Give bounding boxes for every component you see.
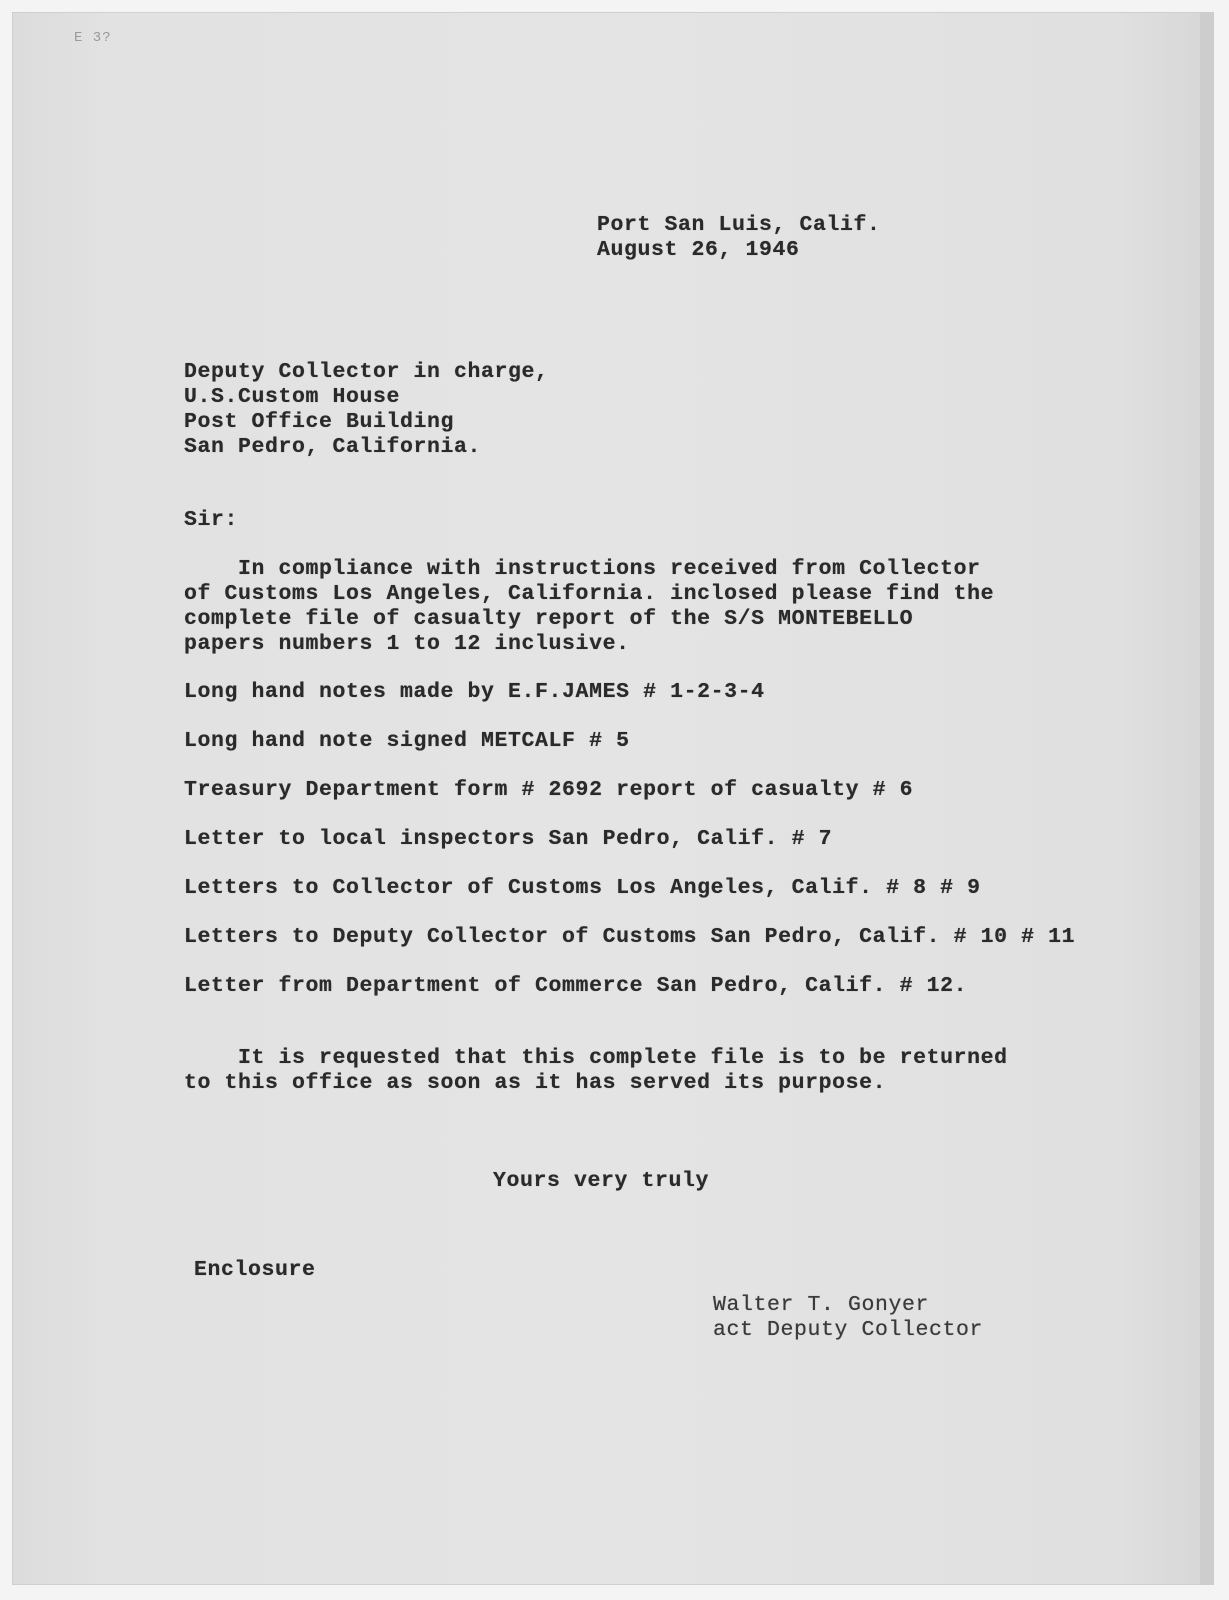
enclosure-item: Letter to local inspectors San Pedro, Ca… <box>184 827 832 851</box>
closing: Yours very truly <box>493 1169 709 1193</box>
enclosure-item: Treasury Department form # 2692 report o… <box>184 778 913 802</box>
recipient-line: Deputy Collector in charge, <box>184 360 549 384</box>
paragraph-line: to this office as soon as it has served … <box>184 1071 886 1095</box>
paragraph-line: In compliance with instructions received… <box>184 557 981 581</box>
salutation: Sir: <box>184 508 238 532</box>
heading-date: August 26, 1946 <box>597 238 800 262</box>
enclosure-item: Letters to Deputy Collector of Customs S… <box>184 925 1075 949</box>
recipient-line: Post Office Building <box>184 410 454 434</box>
recipient-line: U.S.Custom House <box>184 385 400 409</box>
paragraph-line: It is requested that this complete file … <box>184 1046 1008 1070</box>
enclosure-item: Long hand note signed METCALF # 5 <box>184 729 630 753</box>
signature-title: act Deputy Collector <box>713 1318 983 1342</box>
enclosure-item: Long hand notes made by E.F.JAMES # 1-2-… <box>184 680 765 704</box>
corner-archival-mark: E 3? <box>74 30 112 46</box>
recipient-line: San Pedro, California. <box>184 435 481 459</box>
paragraph-line: complete file of casualty report of the … <box>184 607 913 631</box>
page-edge <box>1200 12 1214 1585</box>
enclosure-item: Letter from Department of Commerce San P… <box>184 974 967 998</box>
enclosure-item: Letters to Collector of Customs Los Ange… <box>184 876 981 900</box>
heading-place: Port San Luis, Calif. <box>597 213 881 237</box>
enclosure-label: Enclosure <box>194 1258 316 1282</box>
signature-name: Walter T. Gonyer <box>713 1293 929 1317</box>
paragraph-line: of Customs Los Angeles, California. incl… <box>184 582 994 606</box>
paragraph-line: papers numbers 1 to 12 inclusive. <box>184 632 630 656</box>
